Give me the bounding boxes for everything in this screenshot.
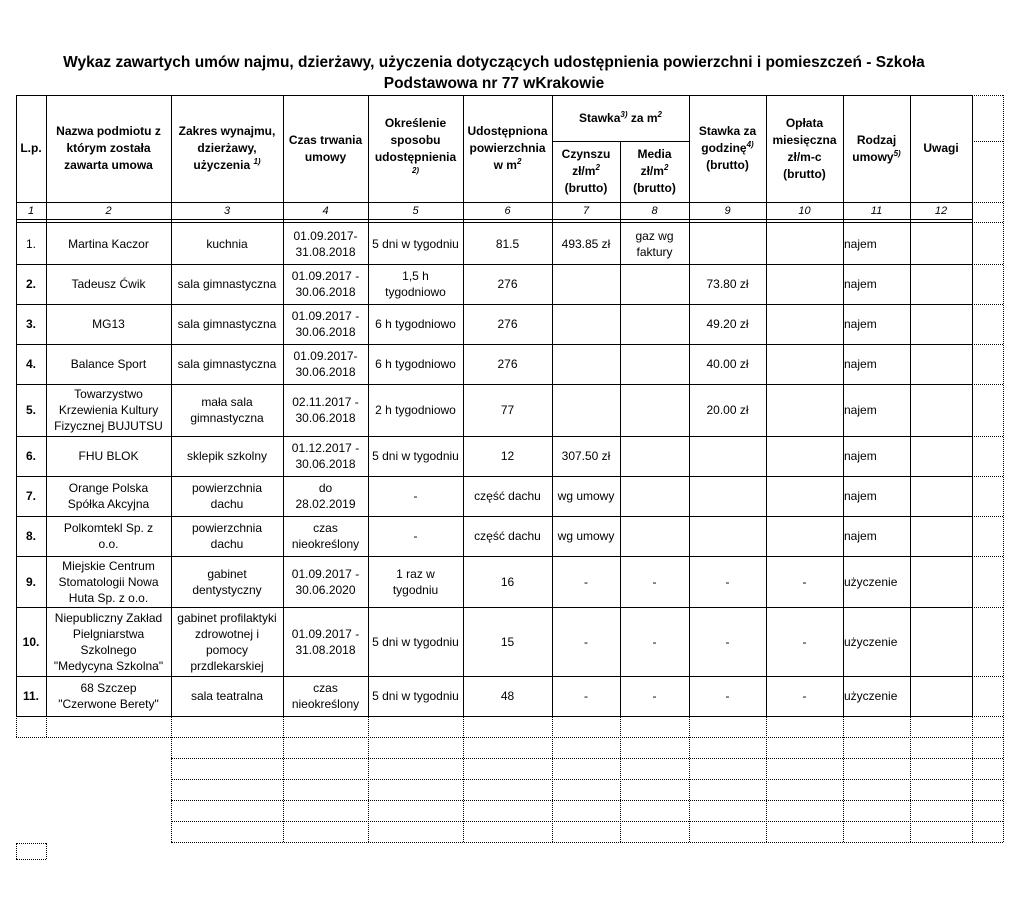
header-czas: Czas trwania umowy [283,95,368,202]
cell-text: 77 [501,402,514,418]
dotted-grid-line [1003,95,1004,842]
table-cell-uwagi [910,607,972,676]
table-cell-media: - [620,607,689,676]
dotted-grid-line [972,304,1003,305]
table-cell-media [620,476,689,516]
cell-text: 276 [497,276,517,292]
table-cell-rodzaj: najem [843,344,910,384]
table-cell-czynsz: - [552,607,620,676]
table-cell-powierzchnia: 12 [463,436,552,476]
grid-line [16,384,973,385]
table-cell-uwagi [910,304,972,344]
cell-text: sala gimnastyczna [178,316,277,332]
table-cell-nazwa: Polkomtekl Sp. z o.o. [46,516,171,556]
cell-text: użyczenie [844,634,897,650]
header-rodzaj: Rodzaj umowy5) [843,95,910,202]
cell-text: 7. [26,488,36,504]
header-sposob: Określenie sposobu udostępnienia2) [368,95,463,202]
cell-text: 5 dni w tygodniu [372,236,459,252]
cell-text: Balance Sport [71,356,146,372]
table-cell-uwagi [910,223,972,264]
table-cell-zakres: sala teatralna [171,676,283,716]
cell-text: wg umowy [558,528,615,544]
cell-text: 01.09.2017 - 30.06.2018 [292,308,359,340]
table-cell-zakres: gabinet profilaktyki zdrowotnej i pomocy… [171,607,283,676]
table-cell-godzina [689,223,766,264]
header-media: Media zł/m2(brutto) [620,141,689,202]
cell-text: 16 [501,574,514,590]
cell-text: Miejskie Centrum Stomatologii Nowa Huta … [58,558,158,606]
table-cell-uwagi [910,476,972,516]
cell-text: Niepubliczny Zakład Pielgniarstwa Szkoln… [54,610,163,674]
table-cell-uwagi [910,264,972,304]
table-cell-rodzaj: użyczenie [843,676,910,716]
table-cell-nazwa: Niepubliczny Zakład Pielgniarstwa Szkoln… [46,607,171,676]
cell-text: czas nieokreślony [292,680,359,712]
table-cell-lp: 8. [16,516,46,556]
table-cell-zakres: sklepik szkolny [171,436,283,476]
table-cell-lp: 6. [16,436,46,476]
table-cell-sposob: 1 raz w tygodniu [368,556,463,607]
table-cell-oplata: - [766,556,843,607]
table-cell-oplata: - [766,676,843,716]
table-cell-zakres: sala gimnastyczna [171,304,283,344]
grid-line [766,95,767,717]
table-cell-powierzchnia: 16 [463,556,552,607]
cell-text: 10. [23,634,40,650]
grid-line [16,607,973,608]
grid-line [972,95,973,717]
dotted-grid-line [972,202,1003,203]
cell-text: 4. [26,356,36,372]
cell-text: 73.80 zł [706,276,748,292]
cell-text: 81.5 [496,236,519,252]
header-powierzchnia: Udostępniona powierzchnia w m2 [463,95,552,202]
cell-text: 1 raz w tygodniu [393,566,438,598]
column-number: 4 [283,202,368,219]
table-cell-czynsz: wg umowy [552,516,620,556]
cell-text: sala teatralna [191,688,263,704]
title-line-1: Wykaz zawartych umów najmu, dzierżawy, u… [0,52,988,73]
table-cell-oplata [766,344,843,384]
table-cell-czynsz [552,344,620,384]
dotted-grid-line [171,821,1003,822]
column-number: 11 [843,202,910,219]
dotted-grid-line [16,859,46,860]
grid-line [16,516,973,517]
table-cell-media [620,384,689,436]
cell-text: wg umowy [558,488,615,504]
footnote-marker: 2 [517,157,521,166]
cell-text: najem [844,236,877,252]
table-cell-czas: do 28.02.2019 [283,476,368,516]
table-cell-godzina: 40.00 zł [689,344,766,384]
cell-text: gabinet dentystyczny [192,566,261,598]
cell-text: - [584,574,588,590]
cell-text: mała sala gimnastyczna [190,394,263,426]
dotted-grid-line [972,716,1003,717]
grid-line [16,344,973,345]
grid-line [16,219,973,220]
cell-text: - [584,688,588,704]
table-cell-czynsz [552,264,620,304]
dotted-grid-line [972,95,1003,96]
cell-text: 68 Szczep "Czerwone Berety" [58,680,159,712]
dotted-grid-line [972,264,1003,265]
cell-text: 40.00 zł [706,356,748,372]
header-uwagi: Uwagi [910,95,972,202]
cell-text: 276 [497,356,517,372]
table-cell-godzina [689,516,766,556]
table-cell-uwagi [910,556,972,607]
cell-text: do 28.02.2019 [295,480,355,512]
cell-text: najem [844,356,877,372]
cell-text: - [726,634,730,650]
table-cell-powierzchnia: 276 [463,304,552,344]
cell-text: 9. [26,574,36,590]
table-cell-oplata [766,223,843,264]
cell-text: 12 [501,448,514,464]
cell-text: FHU BLOK [78,448,138,464]
table-cell-nazwa: Martina Kaczor [46,223,171,264]
title-line-2: Podstawowa nr 77 wKrakowie [0,73,988,94]
table-cell-sposob: 5 dni w tygodniu [368,436,463,476]
column-number: 3 [171,202,283,219]
table-cell-zakres: sala gimnastyczna [171,344,283,384]
table-cell-nazwa: Miejskie Centrum Stomatologii Nowa Huta … [46,556,171,607]
cell-text: 01.09.2017- 31.08.2018 [293,228,357,260]
table-cell-godzina: 20.00 zł [689,384,766,436]
table-cell-lp: 1. [16,223,46,264]
cell-text: 5 dni w tygodniu [372,634,459,650]
table-cell-rodzaj: najem [843,384,910,436]
cell-text: MG13 [92,316,125,332]
table-cell-sposob: 5 dni w tygodniu [368,676,463,716]
grid-line [843,95,844,717]
cell-text: powierzchnia dachu [192,480,262,512]
cell-text: 20.00 zł [706,402,748,418]
cell-text: powierzchnia dachu [192,520,262,552]
header-zakres: Zakres wynajmu, dzierżawy, użyczenia 1) [171,95,283,202]
table-cell-lp: 3. [16,304,46,344]
cell-text: - [726,688,730,704]
grid-line [16,264,973,265]
column-number: 10 [766,202,843,219]
column-number: 5 [368,202,463,219]
grid-line [620,141,621,717]
table-cell-sposob: 6 h tygodniowo [368,304,463,344]
table-cell-czynsz: - [552,676,620,716]
grid-line [910,95,911,717]
cell-text: 1,5 h tygodniowo [385,268,446,300]
table-cell-rodzaj: najem [843,476,910,516]
table-cell-zakres: kuchnia [171,223,283,264]
dotted-grid-line [972,222,1003,223]
table-cell-godzina: - [689,676,766,716]
table-cell-uwagi [910,676,972,716]
cell-text: część dachu [474,488,541,504]
column-number: 1 [16,202,46,219]
cell-text: 01.09.2017 - 31.08.2018 [292,626,359,658]
dotted-grid-line [16,843,46,844]
table-cell-media [620,436,689,476]
table-cell-media [620,344,689,384]
document-title: Wykaz zawartych umów najmu, dzierżawy, u… [0,52,988,94]
dotted-grid-line [972,141,1003,142]
cell-text: - [414,528,418,544]
dotted-grid-line [972,476,1003,477]
table-cell-lp: 9. [16,556,46,607]
column-number: 12 [910,202,972,219]
cell-text: Martina Kaczor [68,236,149,252]
table-cell-zakres: mała sala gimnastyczna [171,384,283,436]
cell-text: - [653,688,657,704]
table-cell-powierzchnia: 81.5 [463,223,552,264]
cell-text: 1. [26,236,36,252]
table-cell-nazwa: Balance Sport [46,344,171,384]
cell-text: 5. [26,402,36,418]
table-cell-powierzchnia: 48 [463,676,552,716]
grid-line [552,95,553,717]
cell-text: - [726,574,730,590]
grid-line [16,202,973,203]
table-cell-oplata [766,264,843,304]
table-cell-czynsz [552,304,620,344]
table-cell-powierzchnia: część dachu [463,516,552,556]
header-stawka-m2: Stawka3) za m2 [552,95,689,141]
cell-text: gaz wg faktury [635,228,673,260]
cell-text: 276 [497,316,517,332]
cell-text: 01.09.2017 - 30.06.2020 [292,566,359,598]
footnote-marker: 4) [747,140,754,149]
cell-text: 8. [26,528,36,544]
table-cell-godzina: 49.20 zł [689,304,766,344]
dotted-grid-line [171,779,1003,780]
grid-line [463,95,464,717]
table-cell-media: gaz wg faktury [620,223,689,264]
table-cell-czas: 01.09.2017- 30.06.2018 [283,344,368,384]
table-cell-nazwa: FHU BLOK [46,436,171,476]
table-cell-oplata [766,436,843,476]
table-cell-rodzaj: najem [843,436,910,476]
table-cell-godzina [689,436,766,476]
table-cell-godzina [689,476,766,516]
cell-text: najem [844,316,877,332]
cell-text: 02.11.2017 - 30.06.2018 [292,394,359,426]
table-cell-lp: 4. [16,344,46,384]
column-number: 2 [46,202,171,219]
dotted-grid-line [46,716,47,737]
cell-text: najem [844,528,877,544]
table-cell-godzina: - [689,607,766,676]
table-cell-rodzaj: użyczenie [843,556,910,607]
cell-text: 6 h tygodniowo [375,316,456,332]
cell-text: 307.50 zł [562,448,611,464]
footnote-marker: 2 [658,110,662,119]
cell-text: sala gimnastyczna [178,356,277,372]
dotted-grid-line [16,737,1003,738]
header-oplata: Opłata miesięczna zł/m-c (brutto) [766,95,843,202]
dotted-grid-line [16,716,17,737]
grid-line [16,436,973,437]
table-cell-media [620,264,689,304]
cell-text: najem [844,276,877,292]
cell-text: 6 h tygodniowo [375,356,456,372]
table-cell-zakres: gabinet dentystyczny [171,556,283,607]
cell-text: czas nieokreślony [292,520,359,552]
table-cell-sposob: - [368,516,463,556]
table-cell-czas: 02.11.2017 - 30.06.2018 [283,384,368,436]
cell-text: Towarzystwo Krzewienia Kultury Fizycznej… [54,386,163,434]
grid-line [368,95,369,717]
table-cell-oplata: - [766,607,843,676]
header-lp: L.p. [16,95,46,202]
footnote-marker: 2 [595,163,599,172]
grid-line [16,222,973,223]
grid-line [16,556,973,557]
table-cell-media: - [620,556,689,607]
column-number: 6 [463,202,552,219]
cell-text: kuchnia [206,236,247,252]
cell-text: - [653,634,657,650]
table-cell-czas: 01.12.2017 - 30.06.2018 [283,436,368,476]
table-cell-godzina: - [689,556,766,607]
cell-text: 6. [26,448,36,464]
dotted-grid-line [972,607,1003,608]
table-cell-czas: 01.09.2017 - 30.06.2020 [283,556,368,607]
dotted-grid-line [972,344,1003,345]
grid-line [16,304,973,305]
table-cell-czas: 01.09.2017 - 30.06.2018 [283,304,368,344]
table-cell-czynsz: 307.50 zł [552,436,620,476]
table-cell-powierzchnia: 276 [463,344,552,384]
cell-text: 5 dni w tygodniu [372,688,459,704]
dotted-grid-line [171,842,1003,843]
cell-text: 01.09.2017 - 30.06.2018 [292,268,359,300]
cell-text: sklepik szkolny [187,448,267,464]
grid-line [16,95,973,96]
dotted-grid-line [972,516,1003,517]
column-number: 8 [620,202,689,219]
table-cell-sposob: 1,5 h tygodniowo [368,264,463,304]
cell-text: 2 h tygodniowo [375,402,456,418]
table-cell-sposob: 5 dni w tygodniu [368,223,463,264]
grid-line [16,95,17,717]
table-cell-lp: 11. [16,676,46,716]
cell-text: 01.12.2017 - 30.06.2018 [292,440,359,472]
cell-text: najem [844,448,877,464]
cell-text: 49.20 zł [706,316,748,332]
footnote-marker: 2 [664,163,668,172]
table-cell-uwagi [910,384,972,436]
cell-text: - [803,634,807,650]
table-cell-godzina: 73.80 zł [689,264,766,304]
table-cell-powierzchnia: 276 [463,264,552,304]
column-number: 7 [552,202,620,219]
cell-text: 01.09.2017- 30.06.2018 [293,348,357,380]
dotted-grid-line [171,800,1003,801]
table-cell-zakres: sala gimnastyczna [171,264,283,304]
table-cell-nazwa: 68 Szczep "Czerwone Berety" [46,676,171,716]
table-cell-czas: 01.09.2017- 31.08.2018 [283,223,368,264]
table-cell-rodzaj: najem [843,516,910,556]
cell-text: część dachu [474,528,541,544]
table-cell-zakres: powierzchnia dachu [171,516,283,556]
cell-text: gabinet profilaktyki zdrowotnej i pomocy… [177,610,276,674]
grid-line [46,95,47,717]
table-cell-lp: 5. [16,384,46,436]
dotted-grid-line [16,843,17,859]
table-cell-rodzaj: użyczenie [843,607,910,676]
grid-line [16,716,973,717]
dotted-grid-line [972,676,1003,677]
footnote-marker: 5) [894,149,901,158]
table-cell-sposob: - [368,476,463,516]
grid-line [16,676,973,677]
cell-text: sala gimnastyczna [178,276,277,292]
table-cell-czas: czas nieokreślony [283,516,368,556]
table-cell-nazwa: Orange Polska Spółka Akcyjna [46,476,171,516]
cell-text: 15 [501,634,514,650]
table-cell-oplata [766,304,843,344]
table-cell-lp: 2. [16,264,46,304]
table-cell-oplata [766,516,843,556]
table-cell-czas: czas nieokreślony [283,676,368,716]
dotted-grid-line [171,758,1003,759]
table-cell-nazwa: Tadeusz Ćwik [46,264,171,304]
table-cell-oplata [766,476,843,516]
dotted-grid-line [972,384,1003,385]
cell-text: użyczenie [844,574,897,590]
cell-text: - [584,634,588,650]
footnote-marker: 3) [620,110,627,119]
table-cell-czynsz: 493.85 zł [552,223,620,264]
cell-text: - [803,688,807,704]
header-stawka-godzine: Stawka za godzinę4)(brutto) [689,95,766,202]
table-cell-uwagi [910,436,972,476]
table-cell-sposob: 6 h tygodniowo [368,344,463,384]
table-cell-oplata [766,384,843,436]
cell-text: 2. [26,276,36,292]
table-cell-powierzchnia: 77 [463,384,552,436]
table-cell-zakres: powierzchnia dachu [171,476,283,516]
table-cell-czynsz: - [552,556,620,607]
cell-text: - [653,574,657,590]
grid-line [283,95,284,717]
dotted-grid-line [46,843,47,859]
footnote-marker: 1) [253,157,260,166]
column-number: 9 [689,202,766,219]
table-cell-nazwa: MG13 [46,304,171,344]
table-cell-media: - [620,676,689,716]
dotted-grid-line [972,436,1003,437]
cell-text: Orange Polska Spółka Akcyjna [68,480,149,512]
cell-text: - [803,574,807,590]
table-cell-czynsz: wg umowy [552,476,620,516]
table-cell-lp: 10. [16,607,46,676]
cell-text: 5 dni w tygodniu [372,448,459,464]
cell-text: 11. [23,688,39,704]
dotted-grid-line [972,556,1003,557]
cell-text: użyczenie [844,688,897,704]
cell-text: Tadeusz Ćwik [71,276,145,292]
cell-text: 493.85 zł [562,236,611,252]
table-cell-uwagi [910,344,972,384]
table-cell-powierzchnia: część dachu [463,476,552,516]
table-cell-media [620,516,689,556]
table-cell-czas: 01.09.2017 - 30.06.2018 [283,264,368,304]
table-cell-lp: 7. [16,476,46,516]
